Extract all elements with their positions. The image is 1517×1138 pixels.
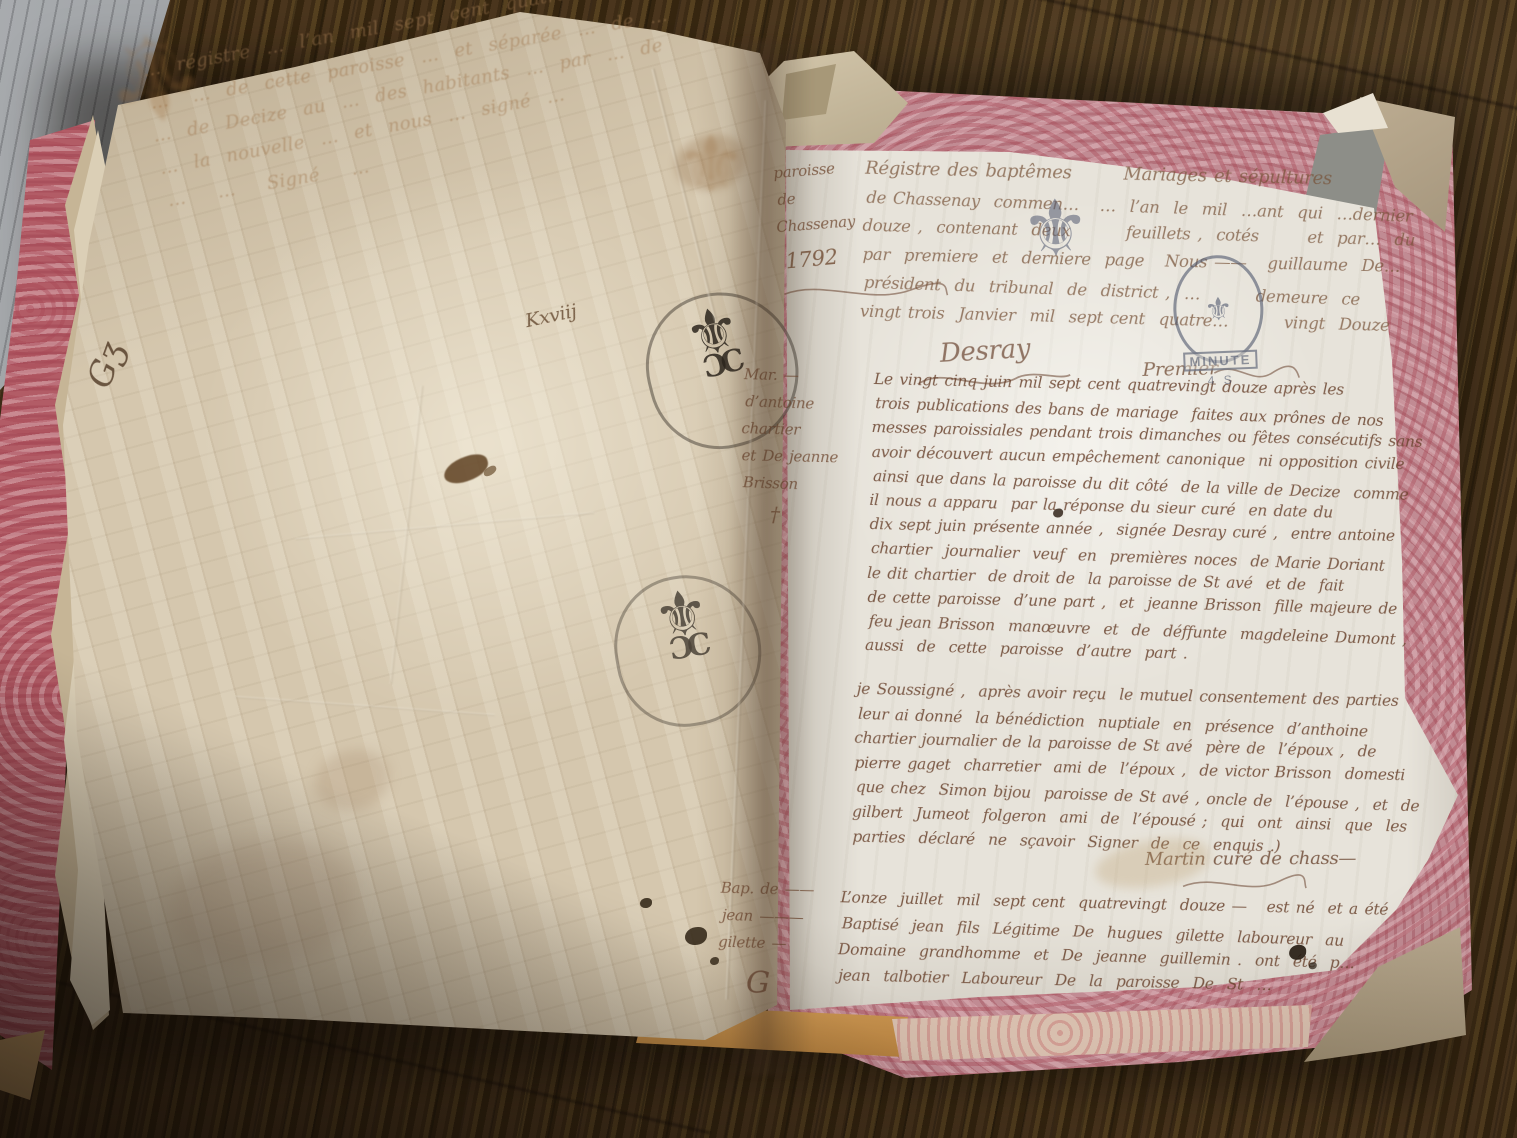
fleur-glyph: ⚜ xyxy=(89,5,219,145)
water-stain xyxy=(170,840,355,965)
ink-flourish-mark: Gʒ xyxy=(79,337,132,394)
margin-ink-mark: Kxviij xyxy=(523,300,578,332)
minute-label: MINUTE xyxy=(1183,350,1258,372)
water-stain xyxy=(315,750,389,810)
page-crease xyxy=(389,386,423,685)
fleur-de-lis-stamp-residue-icon: ⚜ xyxy=(89,5,219,145)
fleur-glyph: ⚜ xyxy=(1203,293,1233,326)
photo-parish-register-book: … régistre … l’an mil sept cent quatre v… xyxy=(0,0,1517,1138)
ink-spot xyxy=(710,957,719,965)
consent-paragraph-text: je Soussigné , après avoir reçu le mutue… xyxy=(852,677,1367,864)
left-page-content: … régistre … l’an mil sept cent quatre v… xyxy=(55,5,800,1050)
register-title-block: Régistre des baptêmes Mariages et sépult… xyxy=(861,155,1371,341)
fleur-glyph: ⚜ xyxy=(1020,190,1092,270)
oval-minute-stamp-icon: ⚜ MINUTE 4 S xyxy=(1171,253,1266,389)
ink-spot xyxy=(640,898,652,908)
book-gutter-shadow xyxy=(728,40,813,1075)
marriage-act-text: Le vingt cinq juin mil sept cent quatrev… xyxy=(866,367,1384,672)
ink-spot xyxy=(685,927,707,945)
ink-stain xyxy=(440,450,491,487)
stamp-value: 4 S xyxy=(1207,373,1235,388)
stamp-oval-ring: ⚜ xyxy=(1171,253,1265,365)
baptism-act-text: L’onze juillet mil sept cent quatrevingt… xyxy=(838,884,1366,1004)
page-crease xyxy=(235,696,495,716)
page-crease xyxy=(295,512,594,540)
desray-signature: Desray xyxy=(939,334,1031,369)
fleur-de-lis-stamp-icon: ⚜ xyxy=(1020,190,1092,270)
right-page-content: paroissedeChassenay 1792 Régistre des ba… xyxy=(745,134,1471,1044)
